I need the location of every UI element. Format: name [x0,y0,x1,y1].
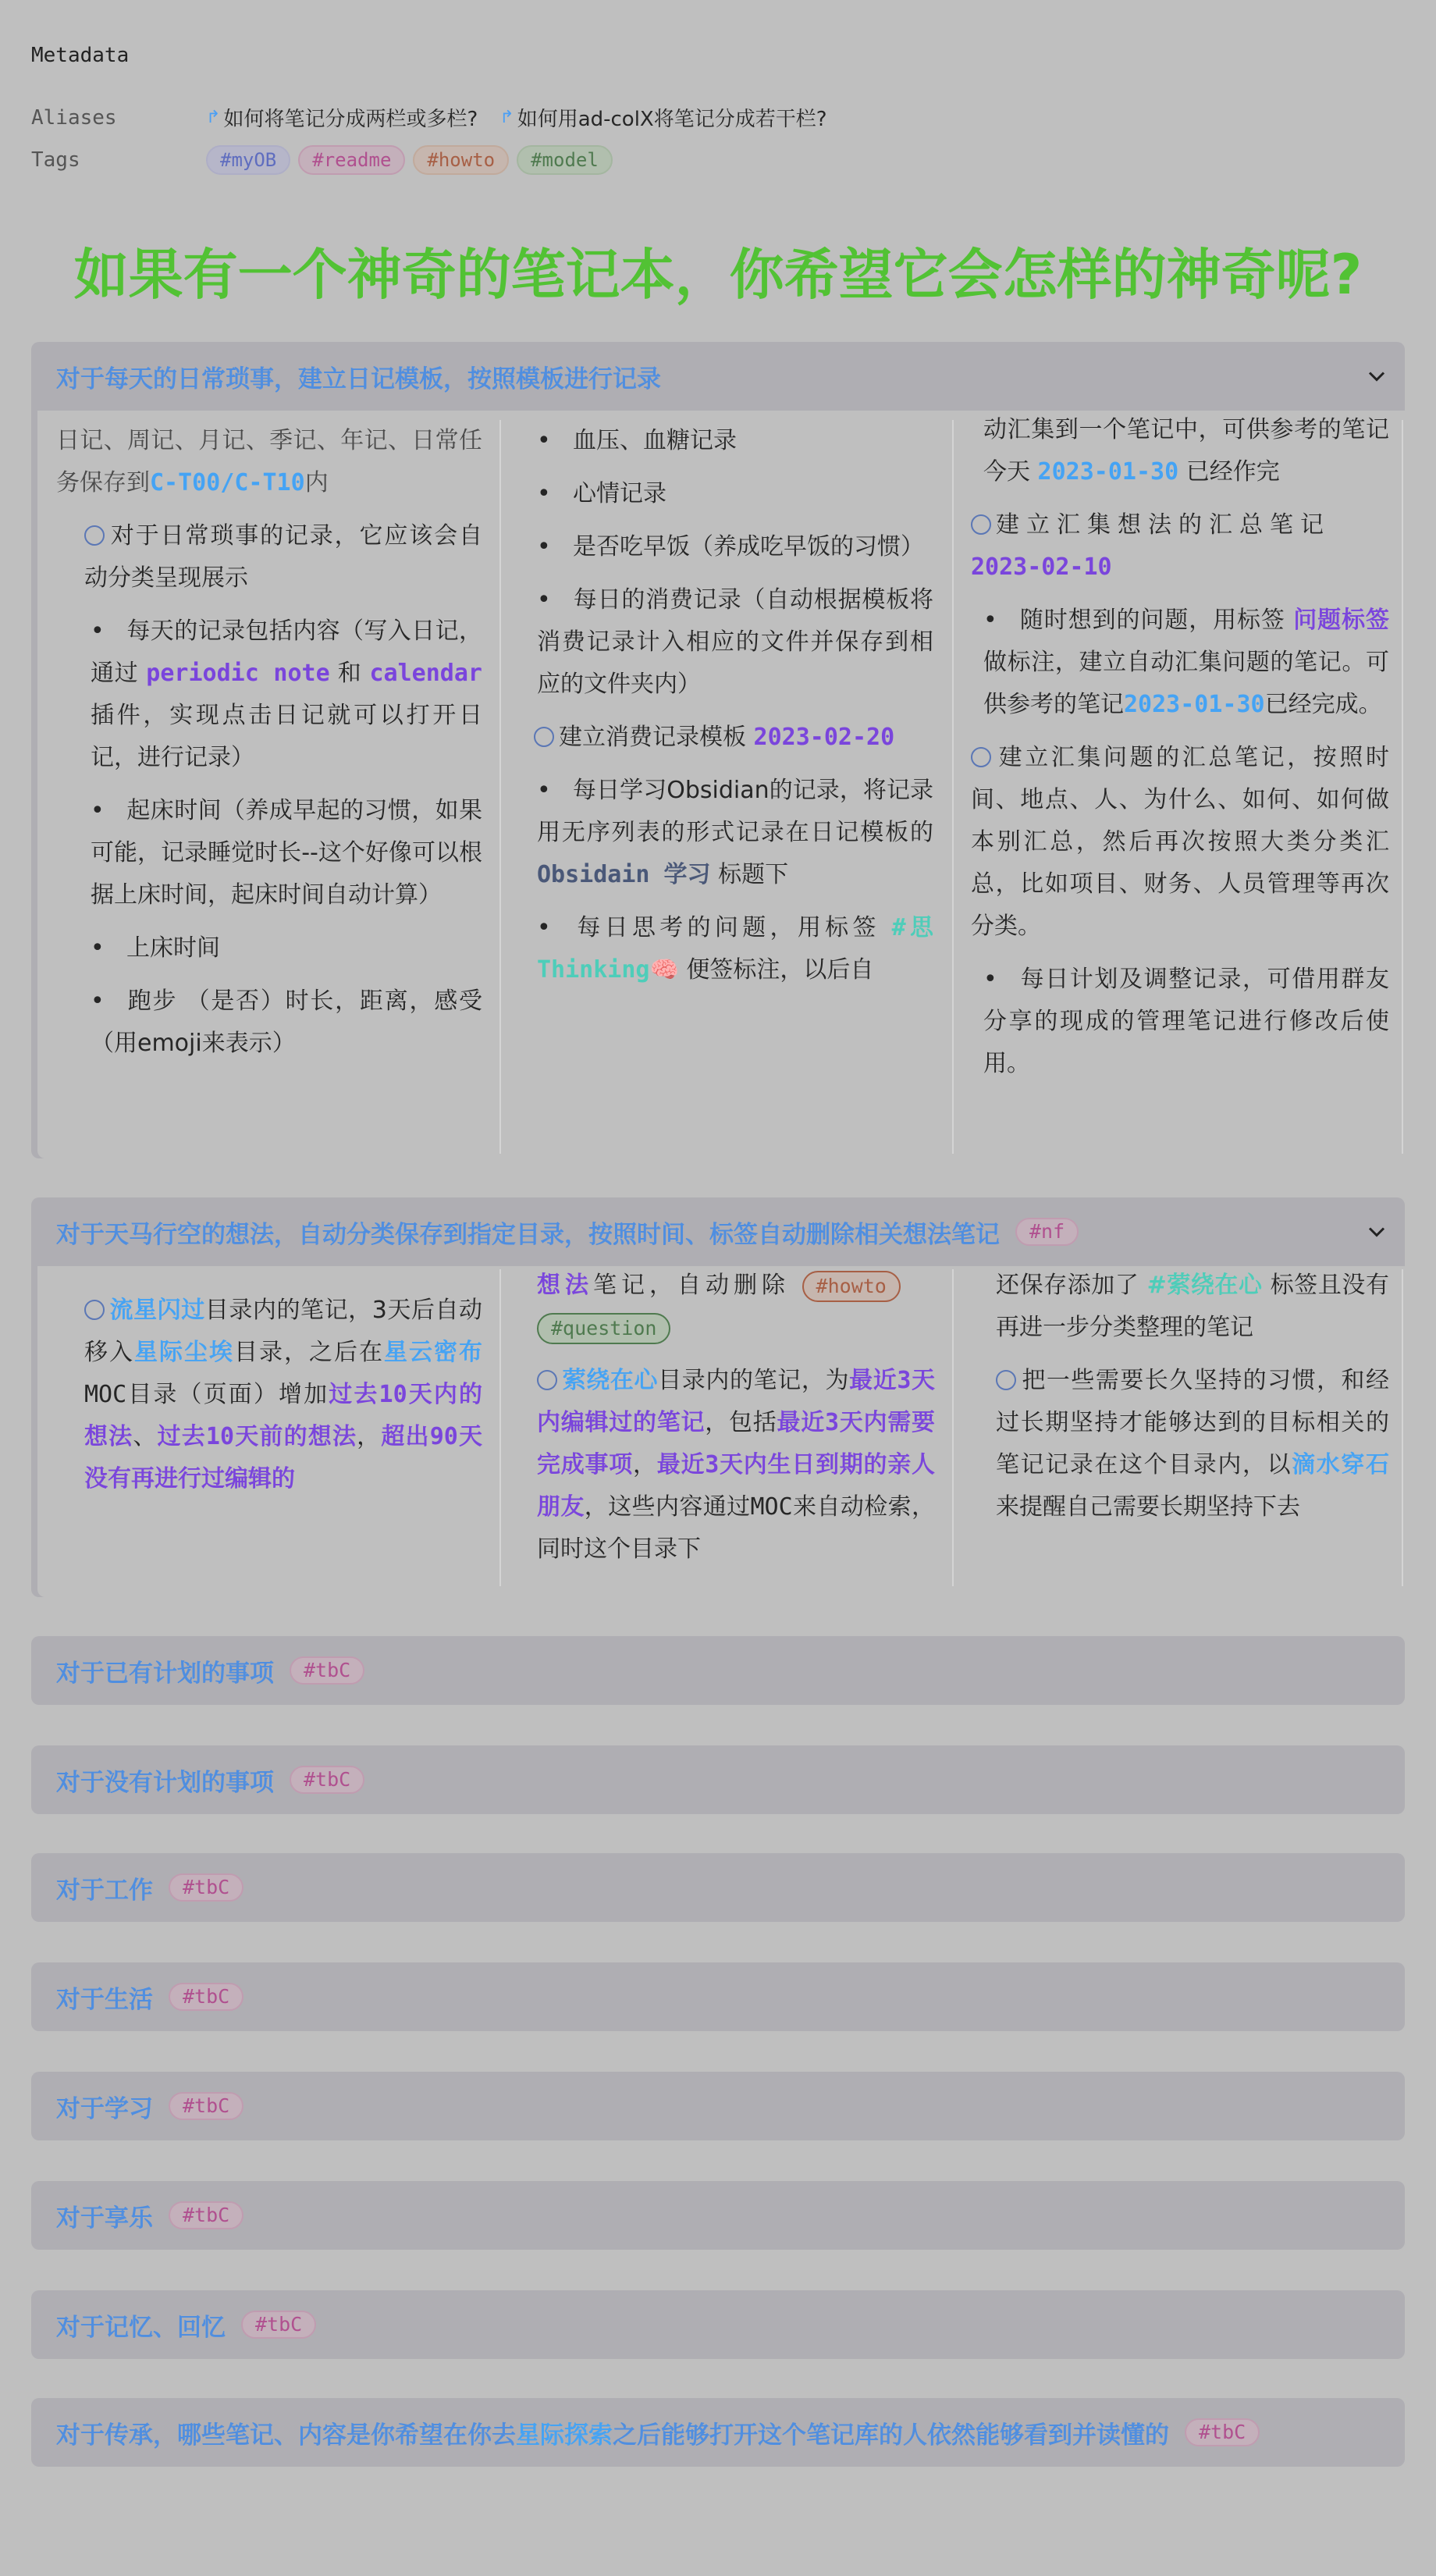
callout-ideas: 对于天马行空的想法，自动分类保存到指定目录，按照时间、标签自动删除相关想法笔记 … [31,1197,1405,1597]
task-item: 把一些需要长久坚持的习惯，和经过长期坚持才能够达到的目标相关的笔记记录在这个目录… [996,1360,1389,1528]
aliases-row: Aliases ↱如何将笔记分成两栏或多栏? ↱如何用ad-colX将笔记分成若… [31,103,849,132]
callout-title: 对于生活 [56,1980,153,2015]
callout-leisure[interactable]: 对于享乐#tbC [31,2181,1405,2250]
callout-work[interactable]: 对于工作#tbC [31,1853,1405,1922]
list-item: •随时想到的问题，用标签 问题标签做标注，建立自动汇集问题的笔记。可供参考的笔记… [983,600,1389,726]
callout-body: 日记、周记、月记、季记、年记、日常任务保存到C-T00/C-T10内 对于日常琐… [37,411,1405,1158]
continued-text: 动汇集到一个笔记中，可供参考的笔记今天 2023-01-30 已经作完 [983,409,1389,493]
callout-daily-routine: 对于每天的日常琐事，建立日记模板，按照模板进行记录 日记、周记、月记、季记、年记… [31,342,1405,1158]
task-item: 流星闪过目录内的笔记，3天后自动移入星际尘埃目录，之后在星云密布MOC目录（页面… [84,1290,482,1500]
task-checkbox[interactable] [534,727,554,747]
task-checkbox[interactable] [84,1300,105,1320]
callout-header[interactable]: 对于每天的日常琐事，建立日记模板，按照模板进行记录 [31,342,1405,411]
callout-planned[interactable]: 对于已有计划的事项#tbC [31,1636,1405,1705]
tag-pill[interactable]: #nf [1015,1218,1079,1246]
callout-memory[interactable]: 对于记忆、回忆#tbC [31,2290,1405,2359]
bullet-icon: • [983,959,1019,1001]
continued-text: 想法笔记，自动删除 #howto#question [537,1265,935,1349]
folder-link[interactable]: 流星闪过 [109,1297,205,1324]
tags-row: Tags #myOB #readme #howto #model [31,145,620,175]
tag-pill[interactable]: #question [537,1313,670,1344]
brain-icon: 🧠 [650,956,679,984]
column-3: 还保存添加了 #萦绕在心 标签且没有再进一步分类整理的笔记 把一些需要长久坚持的… [996,1265,1389,1528]
bullet-icon: • [91,980,126,1023]
list-item: •是否吃早饭（养成吃早饭的习惯） [537,526,933,568]
task-item: 建立汇集问题的汇总笔记，按照时间、地点、人、为什么、如何、如何做本别汇总，然后再… [971,737,1389,948]
bullet-icon: • [537,526,573,568]
column-3: 动汇集到一个笔记中，可供参考的笔记今天 2023-01-30 已经作完 建立汇集… [983,409,1389,1085]
folder-link[interactable]: 滴水穿石 [1292,1451,1389,1478]
list-item: •每日思考的问题，用标签 #思Thinking🧠 便签标注，以后自 [537,907,933,991]
tag-pill[interactable]: #readme [298,145,405,175]
callout-legacy[interactable]: 对于传承，哪些笔记、内容是你希望在你去星际探索之后能够打开这个笔记库的人依然能够… [31,2398,1405,2467]
note-link[interactable]: 2023-01-30 [1124,691,1265,718]
task-checkbox[interactable] [971,514,991,535]
bullet-icon: • [91,790,126,832]
task-checkbox[interactable] [971,747,991,767]
column-2: •血压、血糖记录 •心情记录 •是否吃早饭（养成吃早饭的习惯） •每日的消费记录… [537,420,933,991]
bullet-icon: • [983,600,1019,642]
task-item: 萦绕在心目录内的笔记，为最近3天内编辑过的笔记，包括最近3天内需要完成事项，最近… [537,1360,935,1571]
callout-title: 对于工作 [56,1870,153,1905]
metadata-heading: Metadata [31,44,129,67]
internal-link[interactable]: 星际探索 [516,2421,613,2450]
page-title: 如果有一个神奇的笔记本，你希望它会怎样的神奇呢? [0,231,1436,310]
bullet-icon: • [537,907,573,949]
column-1: 日记、周记、月记、季记、年记、日常任务保存到C-T00/C-T10内 对于日常琐… [56,420,482,1065]
callout-title: 对于已有计划的事项 [56,1653,274,1688]
list-item: •每日计划及调整记录，可借用群友分享的现成的管理笔记进行修改后使用。 [983,959,1389,1085]
chevron-down-icon[interactable] [1363,362,1391,390]
tags-label: Tags [31,148,206,172]
list-item: •每日的消费记录（自动根据模板将消费记录计入相应的文件并保存到相应的文件夹内） [537,579,933,706]
tag-pill[interactable]: #howto [413,145,509,175]
task-checkbox[interactable] [84,525,105,546]
bullet-icon: • [537,770,573,812]
plugin-name: periodic note [146,660,329,687]
list-item: •跑步 （是否）时长，距离，感受（用emoji来表示） [56,980,482,1065]
callout-unplanned[interactable]: 对于没有计划的事项#tbC [31,1745,1405,1814]
tag-pill[interactable]: #tbC [241,2311,316,2339]
callout-title: 对于每天的日常琐事，建立日记模板，按照模板进行记录 [56,359,661,394]
column-divider [952,1269,954,1586]
callout-life[interactable]: 对于生活#tbC [31,1962,1405,2031]
list-item: •每天的记录包括内容（写入日记，通过 periodic note 和 calen… [56,610,482,779]
task-checkbox[interactable] [537,1370,557,1390]
bullet-icon: • [537,473,573,515]
bullet-icon: • [91,927,126,970]
task-item: 建立汇集想法的汇总笔记2023-02-10 [971,504,1389,589]
task-checkbox[interactable] [996,1370,1016,1390]
tag-link[interactable]: 问题标签 [1293,607,1389,634]
callout-title: 对于没有计划的事项 [56,1763,274,1798]
callout-study[interactable]: 对于学习#tbC [31,2072,1405,2140]
column-divider [952,420,954,1154]
tag-pill[interactable]: #howto [802,1271,901,1302]
callout-title: 对于记忆、回忆 [56,2307,226,2343]
intro-text: 日记、周记、月记、季记、年记、日常任务保存到C-T00/C-T10内 [56,420,482,504]
tag-pill[interactable]: #tbC [169,2201,243,2229]
heading-ref: Obsidain 学习 [537,861,711,888]
tag-pill[interactable]: #tbC [169,1873,243,1902]
bullet-icon: • [537,579,573,621]
task-item: 对于日常琐事的记录，它应该会自动分类呈现展示 [56,515,482,600]
folder-link[interactable]: 萦绕在心 [562,1367,658,1394]
column-divider [499,1269,501,1586]
callout-header[interactable]: 对于天马行空的想法，自动分类保存到指定目录，按照时间、标签自动删除相关想法笔记 … [31,1197,1405,1266]
tag-pill[interactable]: #myOB [206,145,290,175]
folder-link[interactable]: C-T00/C-T10 [150,469,305,496]
column-divider [1402,1269,1403,1586]
alias-link[interactable]: ↱如何将笔记分成两栏或多栏? [206,103,478,132]
tag-pill[interactable]: #tbC [169,2092,243,2120]
chevron-down-icon[interactable] [1363,1218,1391,1246]
note-link[interactable]: 2023-01-30 [1038,458,1179,486]
callout-title: 对于天马行空的想法，自动分类保存到指定目录，按照时间、标签自动删除相关想法笔记 [56,1215,1000,1250]
alias-link[interactable]: ↱如何用ad-colX将笔记分成若干栏? [499,103,826,132]
list-item: •血压、血糖记录 [537,420,933,462]
tag-pill[interactable]: #tbC [169,1983,243,2011]
task-item: 建立消费记录模板 2023-02-20 [534,717,933,759]
tag-pill[interactable]: #model [517,145,613,175]
bullet-icon: • [537,420,573,462]
callout-title: 对于传承，哪些笔记、内容是你希望在你去星际探索之后能够打开这个笔记库的人依然能够… [56,2415,1169,2450]
list-item: •上床时间 [56,927,482,970]
tag-link[interactable]: #萦绕在心 [1147,1272,1263,1299]
tag-pill[interactable]: #tbC [290,1766,364,1794]
continued-text: 还保存添加了 #萦绕在心 标签且没有再进一步分类整理的笔记 [996,1265,1389,1349]
alias-arrow-icon: ↱ [499,108,514,127]
list-item: •每日学习Obsidian的记录，将记录用无序列表的形式记录在日记模板的 Obs… [537,770,933,896]
aliases-label: Aliases [31,106,206,130]
due-date[interactable]: 2023-02-10 [971,553,1112,581]
list-item: •心情记录 [537,473,933,515]
callout-title: 对于享乐 [56,2198,153,2233]
folder-link[interactable]: 星际尘埃 [134,1339,234,1366]
callout-body: 流星闪过目录内的笔记，3天后自动移入星际尘埃目录，之后在星云密布MOC目录（页面… [37,1266,1405,1597]
callout-title: 对于学习 [56,2089,153,2124]
column-divider [1402,420,1403,1154]
bullet-icon: • [91,610,126,653]
tag-pill[interactable]: #tbC [290,1656,364,1685]
column-1: 流星闪过目录内的笔记，3天后自动移入星际尘埃目录，之后在星云密布MOC目录（页面… [84,1290,482,1500]
list-item: •起床时间（养成早起的习惯，如果可能，记录睡觉时长--这个好像可以根据上床时间，… [56,790,482,916]
alias-arrow-icon: ↱ [206,108,220,127]
column-2: 想法笔记，自动删除 #howto#question 萦绕在心目录内的笔记，为最近… [537,1265,935,1571]
tag-pill[interactable]: #tbC [1185,2418,1260,2446]
plugin-name: calendar [370,660,483,687]
folder-link[interactable]: 星云密布 [384,1339,482,1366]
column-divider [499,420,501,1154]
due-date[interactable]: 2023-02-20 [754,724,895,751]
